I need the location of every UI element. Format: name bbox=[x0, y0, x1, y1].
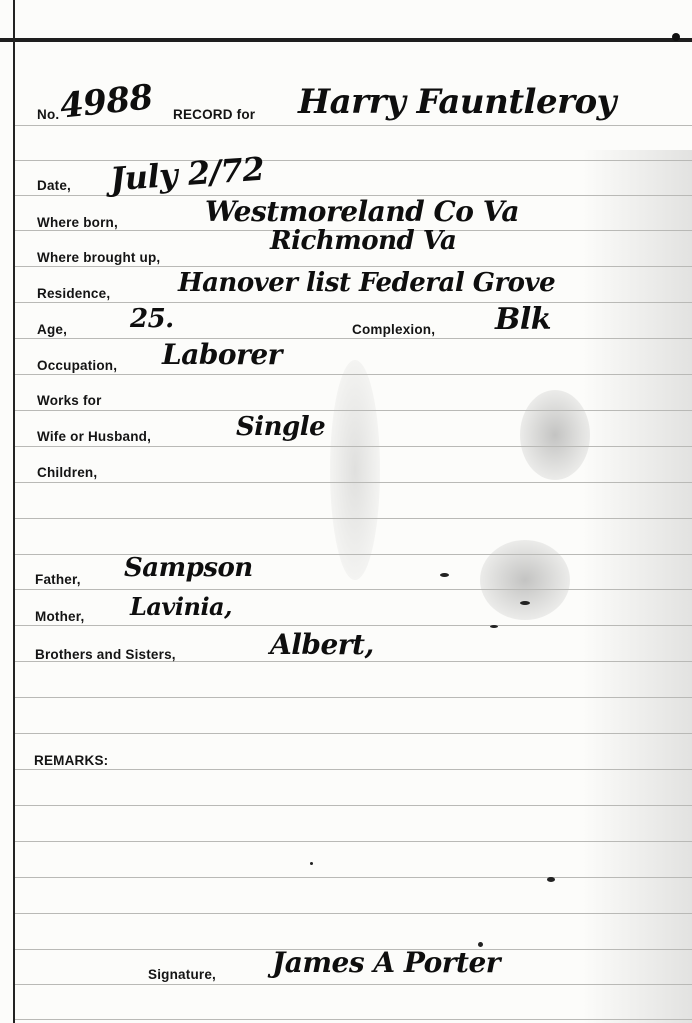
record-number-value: 4988 bbox=[58, 77, 154, 126]
brothers-and-sisters-label: Brothers and Sisters, bbox=[35, 647, 176, 662]
record-for-label: RECORD for bbox=[173, 107, 255, 122]
margin-rule bbox=[13, 0, 15, 1023]
wife-or-husband-value: Single bbox=[236, 412, 325, 442]
where-brought-up-value: Richmond Va bbox=[270, 226, 456, 256]
ink-dot bbox=[672, 33, 680, 41]
record-number-label: No. bbox=[37, 107, 59, 122]
paper-stain bbox=[582, 150, 692, 1023]
works-for-label: Works for bbox=[37, 393, 102, 408]
record-card-page: No. 4988 RECORD for Harry Fauntleroy Dat… bbox=[0, 0, 692, 1023]
complexion-value: Blk bbox=[495, 302, 551, 337]
where-brought-up-label: Where brought up, bbox=[37, 250, 160, 265]
occupation-label: Occupation, bbox=[37, 358, 117, 373]
remarks-label: REMARKS: bbox=[34, 753, 108, 768]
where-born-value: Westmoreland Co Va bbox=[205, 195, 519, 228]
age-label: Age, bbox=[37, 322, 67, 337]
mother-value: Lavinia, bbox=[130, 592, 232, 621]
father-value: Sampson bbox=[124, 553, 253, 583]
signature-label: Signature, bbox=[148, 967, 216, 982]
top-rule bbox=[0, 38, 692, 42]
where-born-label: Where born, bbox=[37, 215, 118, 230]
signature-value: James A Porter bbox=[272, 946, 500, 979]
date-label: Date, bbox=[37, 178, 71, 193]
wife-or-husband-label: Wife or Husband, bbox=[37, 429, 151, 444]
residence-value: Hanover list Federal Grove bbox=[178, 268, 555, 298]
paper-stain bbox=[330, 360, 380, 580]
brothers-and-sisters-value: Albert, bbox=[270, 628, 374, 661]
age-value: 25. bbox=[130, 304, 174, 334]
ink-blot bbox=[480, 540, 570, 620]
residence-label: Residence, bbox=[37, 286, 110, 301]
occupation-value: Laborer bbox=[162, 338, 282, 371]
mother-label: Mother, bbox=[35, 609, 84, 624]
ink-blot bbox=[520, 390, 590, 480]
date-value: July 2/72 bbox=[109, 150, 266, 199]
children-label: Children, bbox=[37, 465, 97, 480]
complexion-label: Complexion, bbox=[352, 322, 435, 337]
father-label: Father, bbox=[35, 572, 81, 587]
record-name-value: Harry Fauntleroy bbox=[298, 82, 616, 122]
